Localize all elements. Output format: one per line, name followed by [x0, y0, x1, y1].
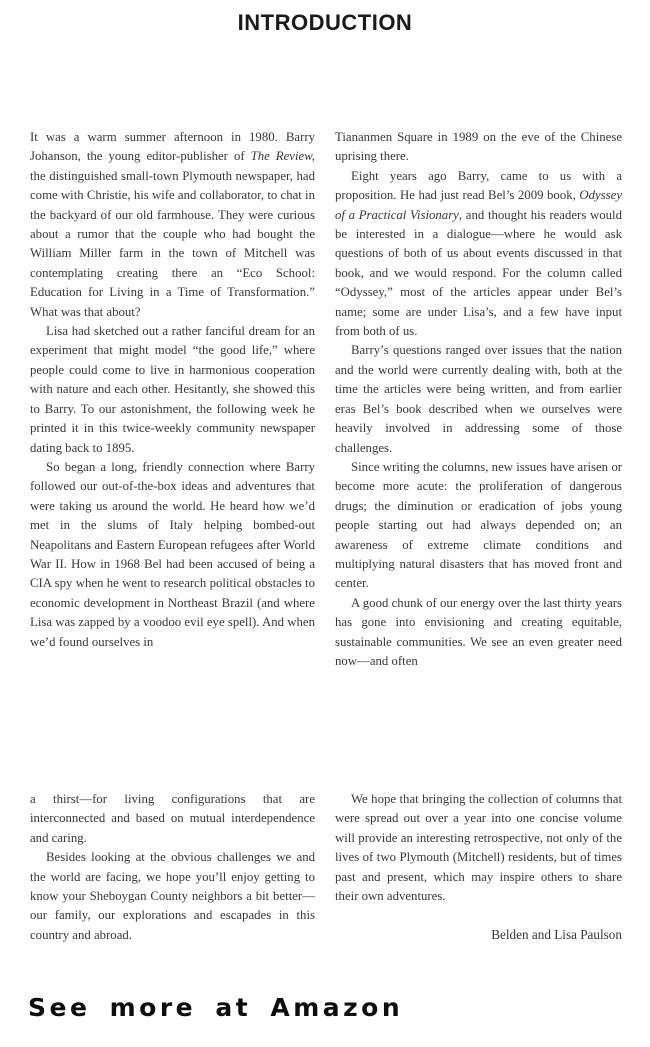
author-signature: Belden and Lisa Paulson: [335, 925, 622, 944]
paragraph: Tiananmen Square in 1989 on the eve of t…: [335, 128, 622, 167]
paragraph: We hope that bringing the collection of …: [335, 790, 622, 906]
paragraph: Besides looking at the obvious challenge…: [30, 848, 315, 945]
see-more-at-amazon-link[interactable]: See more at Amazon: [28, 993, 403, 1022]
page-content: It was a warm summer afternoon in 1980. …: [30, 128, 622, 945]
paragraph: Lisa had sketched out a rather fanciful …: [30, 322, 315, 458]
paragraph: A good chunk of our energy over the last…: [335, 594, 622, 672]
book-title-the-review: The Review,: [251, 149, 315, 163]
text-segment: , and thought his readers would be inter…: [335, 208, 622, 338]
page-title: INTRODUCTION: [0, 10, 650, 36]
column-left: It was a warm summer afternoon in 1980. …: [30, 128, 315, 778]
text-segment: the distinguished small-town Plymouth ne…: [30, 169, 315, 319]
column-left: a thirst—for living configurations that …: [30, 790, 315, 945]
book-page: INTRODUCTION It was a warm summer aftern…: [0, 0, 650, 1047]
paragraph: a thirst—for living configurations that …: [30, 790, 315, 848]
paragraph: Since writing the columns, new issues ha…: [335, 458, 622, 594]
paragraph: Barry’s questions ranged over issues tha…: [335, 341, 622, 457]
paragraph: It was a warm summer afternoon in 1980. …: [30, 128, 315, 322]
paragraph: So began a long, friendly connection whe…: [30, 458, 315, 652]
page-section-lower: a thirst—for living configurations that …: [30, 790, 622, 945]
column-right: We hope that bringing the collection of …: [335, 790, 622, 945]
paragraph: Eight years ago Barry, came to us with a…: [335, 167, 622, 342]
column-right: Tiananmen Square in 1989 on the eve of t…: [335, 128, 622, 778]
page-section-upper: It was a warm summer afternoon in 1980. …: [30, 128, 622, 778]
